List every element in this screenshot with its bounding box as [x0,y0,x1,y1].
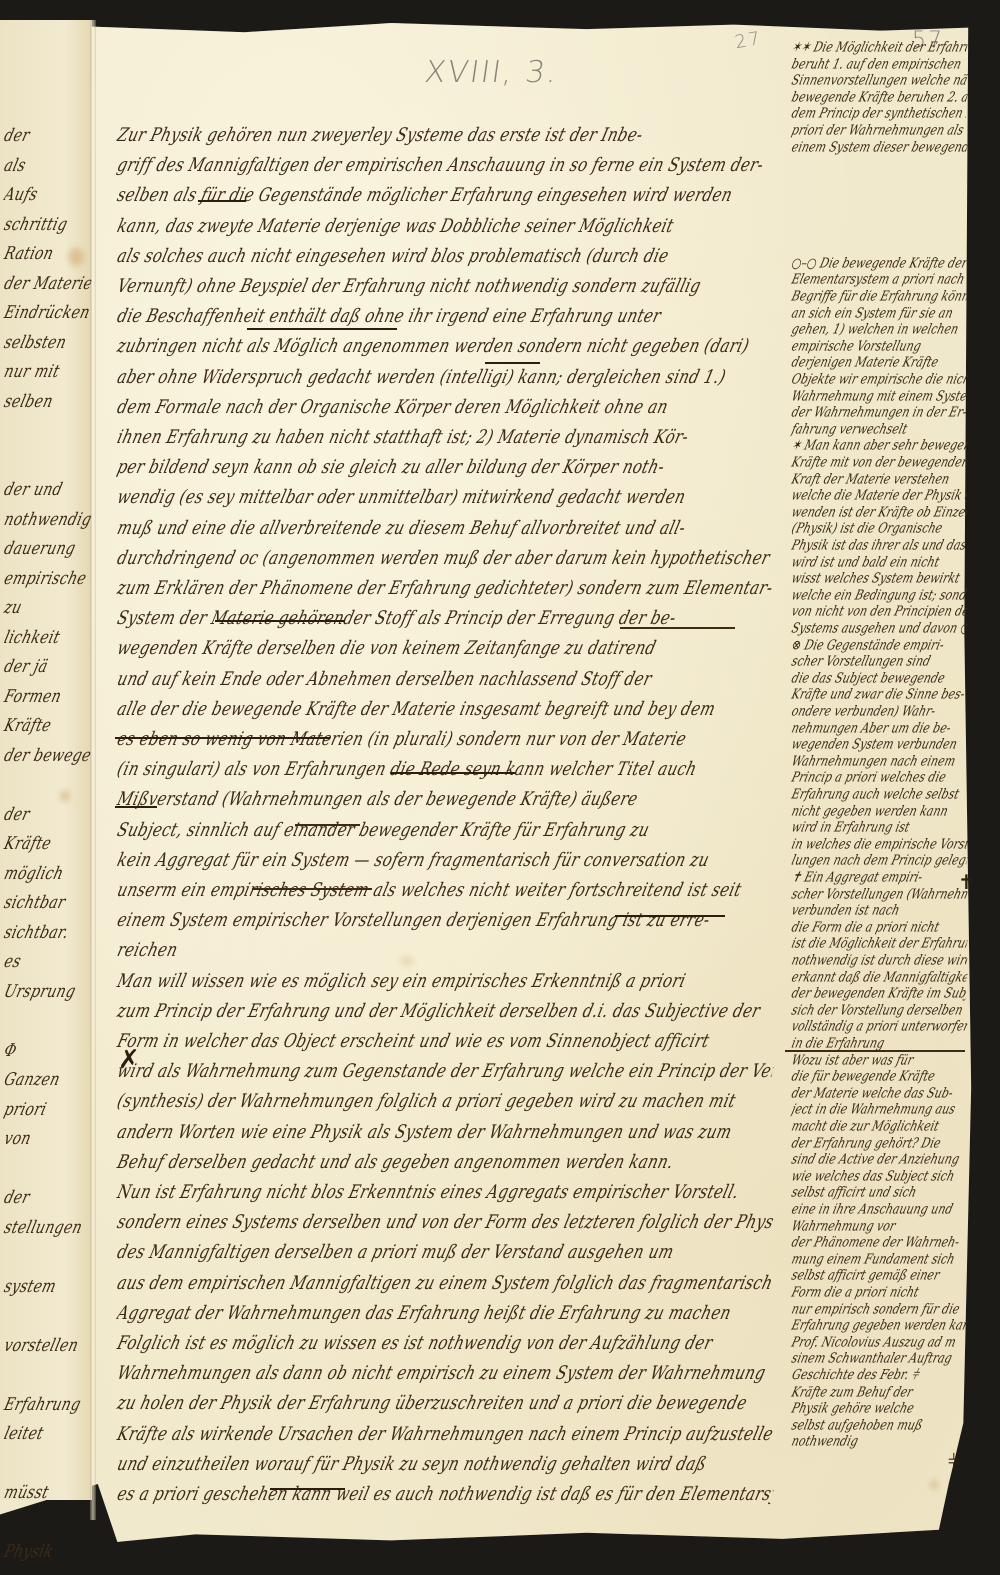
left-strip-fragment: Ursprung [2,982,93,1002]
margin-note-line: wegenden System verbunden [790,736,969,752]
left-strip-fragment: Formen [2,687,93,707]
margin-note-line: die für bewegende Kräfte [790,1068,969,1084]
strikethrough-mark [247,328,397,330]
manuscript-line: Behuf derselben gedacht und als gegeben … [115,1150,776,1173]
margin-note-line: nothwendig [790,1433,969,1449]
margin-note-line: an sich ein System für sie an [790,304,969,320]
margin-note-line: der Phänomene der Wahrneh- [790,1234,969,1250]
left-strip-fragment: empirische [2,569,93,589]
margin-note-line: einem System dieser bewegenden Kräfte [790,138,969,154]
margin-note-line: (Physik) ist die Organische [790,520,969,536]
margin-note-line: Prof. Nicolovius Auszug ad m [790,1334,969,1350]
manuscript-line: Folglich ist es möglich zu wissen es ist… [115,1332,776,1355]
margin-note-line: eine in ihre Anschauung und [790,1201,969,1217]
cross-reference-mark-icon: ⫩ [948,1450,959,1474]
manuscript-line: Subject, sinnlich auf einander bewegende… [115,818,776,841]
margin-note-line: Princip a priori welches die [790,769,969,785]
left-strip-fragment: Φ [2,1041,93,1061]
manuscript-line: griff des Mannigfaltigen der empirischen… [115,154,776,177]
manuscript-line: muß und eine die allverbreitende zu dies… [115,516,776,539]
manuscript-line: Man will wissen wie es möglich sey ein e… [115,969,776,992]
margin-note-line: Objekte wir empirische die nicht [790,371,969,387]
strikethrough-mark [390,772,515,774]
manuscript-line: Kräfte als wirkende Ursachen der Wahrneh… [115,1422,776,1445]
manuscript-line: einem System empirischer Vorstellungen d… [115,909,776,932]
manuscript-line: zum Princip der Erfahrung und der Möglic… [115,999,776,1022]
margin-note-line: bewegende Kräfte beruhen 2. auf [790,89,969,105]
margin-note-line: Wahrnehmung mit einem System [790,387,969,403]
margin-note-line: sind die Active der Anziehung [790,1151,969,1167]
manuscript-line: aus dem empirischen Mannigfaltigen zu ei… [115,1271,776,1294]
manuscript-line: (synthesis) der Wahrnehmungen folglich a… [115,1090,776,1113]
margin-note-line: wisst welches System bewirkt [790,570,969,586]
margin-note-line: Erfahrung gegeben werden kann [790,1317,969,1333]
left-strip-fragment: Kräfte [2,716,93,736]
margin-note-line: Kräfte und zwar die Sinne bes- [790,686,969,702]
margin-note-line: welche ein Bedingung ist; sondern [790,587,969,603]
margin-note-line: Wahrnehmungen nach einem [790,753,969,769]
manuscript-line: zu holen der Physik der Erfahrung überzu… [115,1392,776,1415]
underline-mark [252,888,372,890]
margin-note-line: verbunden ist nach [790,902,969,918]
margin-note-line: Elementarsystem a priori nach [790,271,969,287]
margin-note-line: Sinnenvorstellungen welche nämlich auf [790,72,969,88]
left-strip-fragment: der [2,1188,93,1208]
left-strip-fragment: Ganzen [2,1070,93,1090]
foxing-stain [60,790,70,802]
margin-note-line: scher Vorstellungen sind [790,653,969,669]
margin-note-line: selbst aufgehoben muß [790,1417,969,1433]
left-strip-fragment: der [2,126,93,146]
margin-note-line: fahrung verwechselt [790,421,969,437]
margin-note-line: ○–○ Die bewegende Kräfte der [790,255,969,271]
manuscript-line: ihnen Erfahrung zu haben nicht statthaft… [115,426,776,449]
manuscript-line: Nun ist Erfahrung nicht blos Erkenntnis … [115,1181,776,1204]
margin-note-line: der Erfahrung gehört? Die [790,1134,969,1150]
margin-note-line: selbst afficirt und sich [790,1184,969,1200]
left-strip-fragment: system [2,1277,93,1297]
underline-mark [620,627,735,629]
foxing-stain [930,1480,938,1490]
archival-shelfmark: XVIII, 3. [423,55,561,90]
left-strip-fragment: priori [2,1100,93,1120]
left-strip-fragment: Kräfte [2,834,93,854]
manuscript-line: selben als für die Gegenstände möglicher… [115,184,776,207]
margin-note-line: Geschichte des Febr. ⫩ [790,1367,969,1385]
left-strip-fragment: lichkeit [2,628,93,648]
left-strip-fragment: müsst [2,1483,93,1503]
underline-mark [785,1050,965,1052]
margin-note-line: macht die zur Möglichkeit [790,1118,969,1134]
left-strip-fragment: möglich [2,864,93,884]
left-strip-fragment: nur mit [2,362,93,382]
margin-note-line: in welches die empirische Vorstel- [790,836,969,852]
margin-note-line: nicht gegeben werden kann [790,802,969,818]
margin-note-line: sinem Schwanthaler Auftrag [790,1350,969,1366]
margin-note-line: wird in Erfahrung ist [790,819,969,835]
margin-note-line: Kräfte zum Behuf der [790,1383,969,1399]
strikethrough-mark [485,362,540,364]
left-strip-fragment: der jä [2,657,93,677]
left-strip-fragment: selbsten [2,333,93,353]
margin-note-line: beruht 1. auf den empirischen [790,55,969,71]
margin-note-line: Physik gehöre welche [790,1400,969,1416]
margin-note-line: empirische Vorstellung [790,338,969,354]
manuscript-line: Wahrnehmungen als dann ob nicht empirisc… [115,1362,776,1385]
left-strip-fragment: nothwendig [2,510,93,530]
left-strip-fragment: Eindrücken [2,303,93,323]
manuscript-line: durchdringend oc (angenommen werden muß … [115,546,776,569]
manuscript-line: Form in welcher das Object erscheint und… [115,1030,776,1053]
margin-note-line: Form die a priori nicht [790,1284,969,1300]
manuscript-line: (in singulari) als von Erfahrungen die R… [115,758,776,781]
manuscript-line: wendig (es sey mittelbar oder unmittelba… [115,486,776,509]
manuscript-line: zubringen nicht als Möglich angenommen w… [115,335,776,358]
margin-note-line: dem Princip der synthetischen Einheit a [790,105,969,121]
manuscript-line: Aggregat der Wahrnehmungen das Erfahrung… [115,1301,776,1324]
left-strip-fragment: als [2,156,93,176]
margin-note-line: erkannt daß die Mannigfaltigkeit [790,968,969,984]
left-strip-fragment: Ration [2,244,93,264]
left-strip-fragment: von [2,1129,93,1149]
margin-note-line: in die Erfahrung [790,1035,969,1051]
left-strip-fragment: der und [2,480,93,500]
strikethrough-mark [615,915,725,917]
left-strip-fragment: sichtbar. [2,923,93,943]
margin-note-line: ✶ Man kann aber sehr bewegende [790,437,969,453]
left-strip-fragment: stellungen [2,1218,93,1238]
margin-note-line: wenden ist der Kräfte ob Einzeln [790,504,969,520]
margin-note-line: vollständig a priori unterworfen [790,1018,969,1034]
left-strip-fragment: es [2,952,93,972]
left-strip-fragment: Erfahrung [2,1395,93,1415]
manuscript-line: die Beschaffenheit enthält daß ohne ihr … [115,305,776,328]
margin-note-line: die Form die a priori nicht [790,919,969,935]
manuscript-line: als solches auch nicht eingesehen wird b… [115,244,776,267]
left-strip-fragment: selben [2,392,93,412]
margin-note-line: von nicht von den Principien des [790,603,969,619]
left-strip-fragment: zu [2,598,93,618]
margin-note-line: Wozu ist aber was für [790,1051,969,1067]
margin-note-line: nur empirisch sondern für die [790,1300,969,1316]
manuscript-line: per bildend seyn kann ob sie gleich zu a… [115,456,776,479]
underline-mark [295,824,360,826]
left-strip-fragment: vorstellen [2,1336,93,1356]
margin-note-line: der Wahrnehmungen in der Er- [790,404,969,420]
manuscript-line: Zur Physik gehören nun zweyerley Systeme… [115,124,776,147]
margin-note-line: ject in die Wahrnehmung aus [790,1101,969,1117]
insertion-mark-icon: ✗ [118,1045,140,1075]
manuscript-line: wegenden Kräfte derselben die von keinem… [115,637,776,660]
left-strip-fragment: der Materie [2,274,93,294]
margin-note-line: ⊗ Die Gegenstände empiri- [790,636,969,652]
strikethrough-mark [115,806,157,808]
margin-note-line: nehmungen Aber um die be- [790,719,969,735]
margin-note-line: ist die Möglichkeit der Erfahrung [790,935,969,951]
strikethrough-mark [270,1488,345,1490]
manuscript-line: Mißverstand (Wahrnehmungen als der beweg… [115,788,776,811]
margin-note-line: Erfahrung auch welche selbst [790,786,969,802]
margin-note-line: mung einem Fundament sich [790,1251,969,1267]
left-strip-fragment: Aufs [2,185,93,205]
margin-note-line: welche die Materie der Physik aufzu- [790,487,969,503]
margin-note-line: derjenigen Materie Kräfte [790,354,969,370]
margin-note-line: ✶✶ Die Möglichkeit der Erfahrung [790,39,969,55]
margin-note-line: die das Subject bewegende [790,670,969,686]
manuscript-line: sondern eines Systems derselben und von … [115,1211,776,1234]
manuscript-line: aber ohne Widerspruch gedacht werden (in… [115,365,776,388]
margin-note-line: Kräfte mit von der bewegenden [790,454,969,470]
manuscript-line: System der Materie gehörender Stoff als … [115,607,776,630]
manuscript-line: reichen [115,939,776,962]
margin-note-line: Physik ist das ihrer als und das [790,537,969,553]
margin-note-line: wird ist und bald ein nicht [790,553,969,569]
margin-note-line: Wahrnehmung vor [790,1217,969,1233]
left-strip-fragment: schrittig [2,215,93,235]
margin-note-line: wie welches das Subject sich [790,1168,969,1184]
manuscript-line: andern Worten wie eine Physik als System… [115,1120,776,1143]
cross-reference-mark-icon: ✝ [958,870,975,894]
manuscript-line: und auf kein Ende oder Abnehmen derselbe… [115,667,776,690]
manuscript-line: zum Erklären der Phänomene der Erfahrung… [115,577,776,600]
left-strip-fragment: sichtbar [2,893,93,913]
manuscript-line: Vernunft) ohne Beyspiel der Erfahrung ni… [115,275,776,298]
manuscript-line: kein Aggregat für ein System — sofern fr… [115,848,776,871]
manuscript-line: kann, das zweyte Materie derjenige was D… [115,214,776,237]
left-strip-fragment: dauerung [2,539,93,559]
margin-note-line: Systems ausgehen und davon ○–○ [790,620,969,636]
strikethrough-mark [198,200,246,202]
manuscript-line: unserm ein empirisches System als welche… [115,879,776,902]
left-strip-fragment: leitet [2,1424,93,1444]
strikethrough-mark [215,620,345,622]
strikethrough-mark [115,737,330,739]
margin-note-line: ondere verbunden) Wahr- [790,703,969,719]
margin-note-line: selbst afficirt gemäß einer [790,1267,969,1283]
margin-note-line: gehen, 1) welchen in welchen [790,321,969,337]
margin-note-line: Kraft der Materie verstehen [790,470,969,486]
left-strip-fragment: der [2,805,93,825]
manuscript-line: dem Formale nach der Organische Körper d… [115,395,776,418]
manuscript-line: es a priori geschehen kann weil es auch … [115,1483,776,1506]
margin-note-line: Begriffe für die Erfahrung können [790,288,969,304]
manuscript-line: wird als Wahrnehmung zum Gegenstande der… [115,1060,776,1083]
margin-note-line: sich der Vorstellung derselben [790,1002,969,1018]
manuscript-line: des Mannigfaltigen derselben a priori mu… [115,1241,776,1264]
margin-note-line: nothwendig ist durch diese wird [790,952,969,968]
manuscript-line: und einzutheilen worauf für Physik zu se… [115,1452,776,1475]
manuscript-line: alle der die bewegende Kräfte der Materi… [115,697,776,720]
left-strip-fragment: Physik [2,1542,93,1562]
margin-note-line: priori der Wahrnehmungen als [790,122,969,138]
left-strip-fragment: der bewegen [2,746,93,766]
margin-note-line: der bewegenden Kräfte im Subject [790,985,969,1001]
margin-note-line: der Materie welche das Sub- [790,1085,969,1101]
margin-note-line: scher Vorstellungen (Wahrnehmungen) [790,885,969,901]
margin-note-line: lungen nach dem Princip gelegt ✝ [790,852,969,868]
margin-note-line: ✝ Ein Aggregat empiri- [790,869,969,885]
